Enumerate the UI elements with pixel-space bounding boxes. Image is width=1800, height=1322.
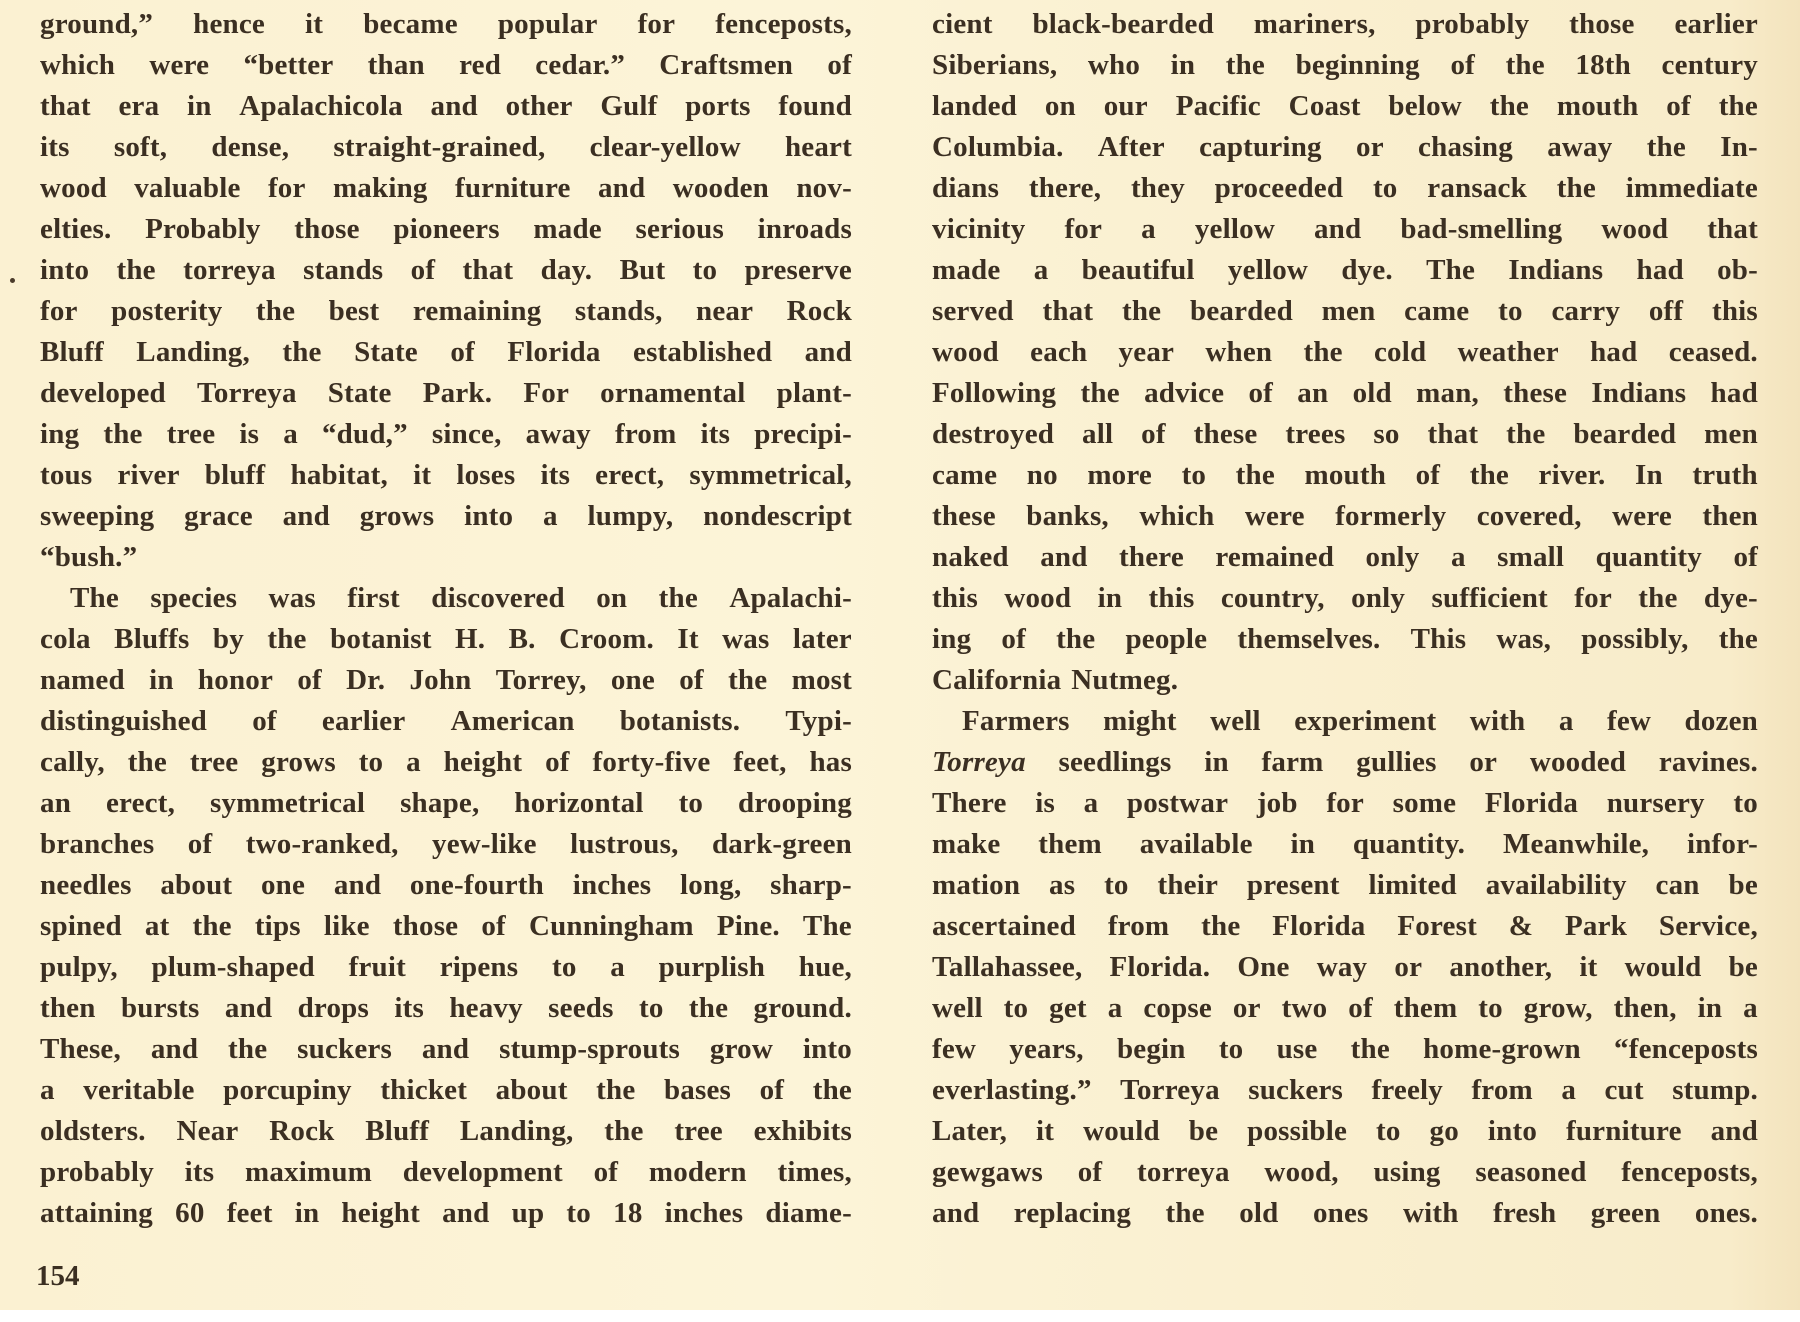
word: the [1236, 455, 1275, 496]
word: into [1488, 1111, 1537, 1152]
word: and [151, 1029, 198, 1070]
word: of [1248, 373, 1273, 414]
word: grows [360, 496, 435, 537]
word: Farmers [962, 701, 1070, 742]
word: Forest [1397, 906, 1477, 947]
word: of [545, 742, 570, 783]
word: naked [932, 537, 1009, 578]
word: on [1045, 86, 1076, 127]
word: from [615, 414, 676, 455]
word: cut [1604, 1070, 1643, 1111]
word: Florida. [1110, 947, 1211, 988]
word: more [1087, 455, 1152, 496]
text-line: attaining60feetinheightandupto18inchesdi… [40, 1193, 852, 1234]
word: nursery [1607, 783, 1705, 824]
word: possible [1247, 1111, 1347, 1152]
word: clear-yellow [590, 127, 741, 168]
text-line: branchesoftwo-ranked,yew-likelustrous,da… [40, 824, 852, 865]
word: Torreya [197, 373, 297, 414]
word: veritable [83, 1070, 194, 1111]
word: the [256, 291, 295, 332]
word: and [334, 865, 381, 906]
word: the [267, 619, 306, 660]
word: in [149, 660, 174, 701]
word: for [268, 168, 306, 209]
word: limited [1368, 865, 1456, 906]
word: Pine. [717, 906, 780, 947]
word: Indians [1508, 250, 1603, 291]
text-line: diansthere,theyproceededtoransacktheimme… [932, 168, 1758, 209]
word: these [1194, 414, 1258, 455]
word: made [932, 250, 1000, 291]
text-line: Later,itwouldbepossibletogointofurniture… [932, 1111, 1758, 1152]
word: Florida [1485, 783, 1578, 824]
word: inches [573, 865, 652, 906]
word: two-ranked, [246, 824, 399, 865]
word: only [1366, 537, 1420, 578]
word: landed [932, 86, 1017, 127]
word: in [1698, 988, 1723, 1029]
word: make [932, 824, 1000, 865]
word: Rock [269, 1111, 334, 1152]
word: no [1027, 455, 1058, 496]
word: “better [243, 45, 333, 86]
word: Columbia. [932, 127, 1064, 168]
text-line: Siberians,whointhebeginningofthe18thcent… [932, 45, 1758, 86]
word: cient [932, 4, 993, 45]
word: came [1404, 291, 1469, 332]
word: spined [40, 906, 122, 947]
word: the [659, 578, 698, 619]
word: of [188, 824, 213, 865]
word: the [596, 1070, 635, 1111]
word: of [1078, 1152, 1103, 1193]
text-line: Columbia.AftercapturingorchasingawaytheI… [932, 127, 1758, 168]
word: this [1149, 578, 1195, 619]
text-line: ingofthepeoplethemselves.Thiswas,possibl… [932, 619, 1758, 660]
word: were [1612, 496, 1672, 537]
word: ing [932, 619, 971, 660]
word: soft, [114, 127, 167, 168]
word: branches [40, 824, 154, 865]
word: those [1569, 4, 1634, 45]
word: for [638, 4, 676, 45]
word: a [1559, 701, 1574, 742]
word: species [150, 578, 237, 619]
word: everlasting.” [932, 1070, 1092, 1111]
word: destroyed [932, 414, 1054, 455]
word: fenceposts, [715, 4, 852, 45]
word: cedar.” [535, 45, 625, 86]
word: cally, [40, 742, 105, 783]
word: and [805, 332, 852, 373]
word: themselves. [1237, 619, 1380, 660]
word: State [328, 373, 392, 414]
word: into [464, 496, 513, 537]
word: beautiful [1082, 250, 1195, 291]
word: But [620, 250, 666, 291]
word: and [1040, 537, 1087, 578]
word: Coast [1289, 86, 1361, 127]
word: its [540, 455, 570, 496]
word: and [932, 1193, 979, 1234]
text-line: BluffLanding,theStateofFloridaestablishe… [40, 332, 852, 373]
word: for [1064, 209, 1102, 250]
word: then [40, 988, 96, 1029]
word: of [594, 1152, 619, 1193]
word: There [932, 783, 1007, 824]
word: the [1490, 86, 1529, 127]
word: into [40, 250, 89, 291]
word: on [596, 578, 627, 619]
word: one [261, 865, 305, 906]
word: Croom. [559, 619, 654, 660]
text-line: servedthatthebeardedmencametocarryoffthi… [932, 291, 1758, 332]
word: be [1189, 1111, 1218, 1152]
word: one [611, 660, 655, 701]
word: green [1591, 1193, 1661, 1234]
word: John [409, 660, 471, 701]
word: to [1219, 1029, 1244, 1070]
word: best [329, 291, 380, 332]
word: a [1034, 250, 1049, 291]
word: or [1356, 127, 1384, 168]
word: drooping [738, 783, 852, 824]
word: porcupiny [223, 1070, 352, 1111]
word: is [239, 414, 259, 455]
text-line: landedonourPacificCoastbelowthemouthofth… [932, 86, 1758, 127]
word: Nutmeg. [1071, 660, 1178, 701]
word: “dud,” [322, 414, 408, 455]
word: go [1430, 1111, 1459, 1152]
word: seedlings [1059, 742, 1172, 783]
word: about [160, 865, 232, 906]
word: a [1108, 988, 1123, 1029]
word: ground. [754, 988, 852, 1029]
word: the [813, 1070, 852, 1111]
text-line: colaBluffsbythebotanistH.B.Croom.Itwasla… [40, 619, 852, 660]
word: bases [664, 1070, 731, 1111]
text-line: spinedatthetipslikethoseofCunninghamPine… [40, 906, 852, 947]
word: a [1451, 537, 1466, 578]
word: few [932, 1029, 976, 1070]
word: pioneers [393, 209, 499, 250]
word: making [333, 168, 428, 209]
text-line: averitableporcupinythicketaboutthebaseso… [40, 1070, 852, 1111]
word: begin [1117, 1029, 1186, 1070]
text-line: ThereisapostwarjobforsomeFloridanurseryt… [932, 783, 1758, 824]
word: the [1201, 906, 1240, 947]
word: had [1590, 332, 1637, 373]
text-line: Farmersmightwellexperimentwithafewdozen [932, 701, 1758, 742]
word: possibly, [1581, 619, 1688, 660]
word: so [1373, 414, 1399, 455]
word: using [1374, 1152, 1441, 1193]
word: In- [1720, 127, 1758, 168]
word: the [1122, 291, 1161, 332]
word: After [1098, 127, 1165, 168]
word: the [193, 906, 232, 947]
word: can [1656, 865, 1700, 906]
word: country, [1221, 578, 1325, 619]
word: the [1638, 578, 1677, 619]
word: furniture [455, 168, 571, 209]
word: advice [1144, 373, 1224, 414]
word: of [411, 250, 436, 291]
word: was, [1496, 619, 1551, 660]
word: cold [1374, 332, 1426, 373]
word: some [1393, 783, 1457, 824]
word: Craftsmen [659, 45, 793, 86]
word: Dr. [346, 660, 385, 701]
word: of [1001, 619, 1026, 660]
word: might [1103, 701, 1177, 742]
text-line: pulpy,plum-shapedfruitripenstoapurplishh… [40, 947, 852, 988]
text-line: Tallahassee,Florida.Onewayoranother,itwo… [932, 947, 1758, 988]
word: dye. [1341, 250, 1393, 291]
word: when [1205, 332, 1272, 373]
text-line: probablyitsmaximumdevelopmentofmoderntim… [40, 1152, 852, 1193]
word: tree [674, 1111, 723, 1152]
word: The [803, 906, 852, 947]
word: was [722, 619, 769, 660]
word: which [40, 45, 115, 86]
word: bearded [1573, 414, 1676, 455]
word: the [1647, 127, 1686, 168]
word: was [269, 578, 316, 619]
right-text-column: cientblack-beardedmariners,probablythose… [932, 4, 1758, 1234]
word: dark-green [712, 824, 852, 865]
word: each [1030, 332, 1087, 373]
word: freely [1371, 1070, 1443, 1111]
word: well [932, 988, 983, 1029]
word: small [1497, 537, 1564, 578]
text-line: destroyedallofthesetreessothatthebearded… [932, 414, 1758, 455]
word: lumpy, [588, 496, 674, 537]
word: all [1082, 414, 1113, 455]
word: Torrey, [496, 660, 587, 701]
word: Bluff [365, 1111, 429, 1152]
word: tous [40, 455, 92, 496]
word: One [1237, 947, 1289, 988]
word: suckers [297, 1029, 392, 1070]
word: long, [680, 865, 741, 906]
word: a [1141, 209, 1156, 250]
word: to [1733, 783, 1758, 824]
word: day. [541, 250, 593, 291]
text-line: thenburstsanddropsitsheavyseedstothegrou… [40, 988, 852, 1029]
word: Probably [145, 209, 260, 250]
word: purplish [659, 947, 765, 988]
word: few [1607, 701, 1651, 742]
text-line: “bush.” [40, 537, 852, 578]
word: be [1729, 947, 1758, 988]
word: or [1233, 988, 1261, 1029]
word: nov- [796, 168, 852, 209]
word: and [431, 86, 478, 127]
word: to [1478, 988, 1503, 1029]
word: California [932, 660, 1061, 701]
word: preserve [745, 250, 852, 291]
word: as [1049, 865, 1075, 906]
word: straight-grained, [333, 127, 545, 168]
word: thicket [380, 1070, 467, 1111]
word: in [1204, 742, 1229, 783]
word: of [1348, 988, 1373, 1029]
word: feet [227, 1193, 273, 1234]
word: symmetrical [210, 783, 365, 824]
word: mouth [1557, 86, 1639, 127]
word: of [1416, 455, 1441, 496]
word: them [1394, 988, 1458, 1029]
word: sharp- [770, 865, 852, 906]
word: 18 [613, 1193, 642, 1234]
word: those [294, 209, 359, 250]
left-text-column: ground,”henceitbecamepopularforfencepost… [40, 4, 852, 1234]
word: century [1662, 45, 1758, 86]
word: remaining [413, 291, 542, 332]
text-line: namedinhonorofDr.JohnTorrey,oneofthemost [40, 660, 852, 701]
word: named [40, 660, 125, 701]
text-line: fewyears,begintousethehome-grown“fencepo… [932, 1029, 1758, 1070]
word: 60 [175, 1193, 204, 1234]
word: black-bearded [1032, 4, 1213, 45]
word: stump-sprouts [499, 1029, 680, 1070]
word: inroads [758, 209, 852, 250]
word: diame- [765, 1193, 852, 1234]
word: cola [40, 619, 91, 660]
word: carry [1551, 291, 1620, 332]
word: ob- [1717, 250, 1758, 291]
word: wood [40, 168, 107, 209]
word: is [1035, 783, 1055, 824]
word: seeds [548, 988, 613, 1029]
word: of [1666, 86, 1691, 127]
word: to [1182, 455, 1207, 496]
word: to [566, 1193, 591, 1234]
word: height [444, 742, 523, 783]
word: ing [40, 414, 79, 455]
text-line: thaterainApalachicolaandotherGulfportsfo… [40, 86, 852, 127]
word: present [1247, 865, 1340, 906]
word: from [1471, 1070, 1532, 1111]
word: For [523, 373, 569, 414]
word: and [1711, 1111, 1758, 1152]
word: attaining [40, 1193, 153, 1234]
word: and [225, 988, 272, 1029]
word: times, [777, 1152, 851, 1193]
word: to [1373, 168, 1398, 209]
word: ground,” [40, 4, 153, 45]
word: found [778, 86, 852, 127]
word: ascertained [932, 906, 1076, 947]
word: men [1704, 414, 1758, 455]
word: and [283, 496, 330, 537]
word: H. [455, 619, 485, 660]
word: the [117, 250, 156, 291]
word: Torreya [932, 742, 1026, 783]
word: home-grown [1423, 1029, 1581, 1070]
word: Apalachicola [239, 86, 403, 127]
word: ones [1313, 1193, 1369, 1234]
word: oldsters. [40, 1111, 146, 1152]
word: replacing [1014, 1193, 1131, 1234]
word: their [1157, 865, 1218, 906]
word: than [368, 45, 425, 86]
word: had [1637, 250, 1684, 291]
word: and [1314, 209, 1361, 250]
word: river [117, 455, 179, 496]
text-line: woodvaluableformakingfurnitureandwoodenn… [40, 168, 852, 209]
word: Torreya [1120, 1070, 1220, 1111]
word: the [1470, 455, 1509, 496]
word: there, [1029, 168, 1101, 209]
text-line: andreplacingtheoldoneswithfreshgreenones… [932, 1193, 1758, 1234]
word: plum-shaped [152, 947, 315, 988]
word: “fenceposts [1614, 1029, 1758, 1070]
word: availability [1486, 865, 1627, 906]
word: maximum [245, 1152, 372, 1193]
word: proceeded [1215, 168, 1344, 209]
word: serious [636, 209, 724, 250]
word: hence [193, 4, 265, 45]
text-line: developedTorreyaStatePark.Forornamentalp… [40, 373, 852, 414]
text-line: everlasting.”Torreyasuckersfreelyfromacu… [932, 1070, 1758, 1111]
word: Bluffs [114, 619, 189, 660]
word: the [103, 414, 142, 455]
word: of [1733, 537, 1758, 578]
word: a [1743, 988, 1758, 1029]
word: symmetrical, [689, 455, 852, 496]
word: discovered [431, 578, 565, 619]
word: its [185, 1152, 215, 1193]
word: that [1427, 414, 1478, 455]
word: the [1303, 332, 1342, 373]
word: ceased. [1669, 332, 1758, 373]
word: pulpy, [40, 947, 118, 988]
word: to [679, 783, 704, 824]
word: people [1125, 619, 1207, 660]
word: that [463, 250, 514, 291]
word: Tallahassee, [932, 947, 1082, 988]
book-page: ground,”henceitbecamepopularforfencepost… [0, 0, 1800, 1310]
word: inches [665, 1193, 744, 1234]
word: earlier [322, 701, 406, 742]
word: B. [509, 619, 536, 660]
word: experiment [1294, 701, 1436, 742]
word: forty-five [593, 742, 711, 783]
word: weather [1458, 332, 1559, 373]
word: or [1394, 947, 1422, 988]
word: its [394, 988, 424, 1029]
word: torreya [1137, 1152, 1230, 1193]
word: Indians [1591, 373, 1686, 414]
word: its [701, 414, 731, 455]
word: the [689, 988, 728, 1029]
word: like [324, 906, 370, 947]
text-line: sweepinggraceandgrowsintoalumpy,nondescr… [40, 496, 852, 537]
word: be [1728, 865, 1757, 906]
word: ransack [1427, 168, 1527, 209]
text-line: madeabeautifulyellowdye.TheIndianshadob- [932, 250, 1758, 291]
page-number: 154 [36, 1260, 80, 1293]
word: most [792, 660, 852, 701]
word: fenceposts, [1621, 1152, 1758, 1193]
word: elties. [40, 209, 111, 250]
word: drops [298, 988, 369, 1029]
text-line: Followingtheadviceofanoldman,theseIndian… [932, 373, 1758, 414]
word: the [1166, 1193, 1205, 1234]
